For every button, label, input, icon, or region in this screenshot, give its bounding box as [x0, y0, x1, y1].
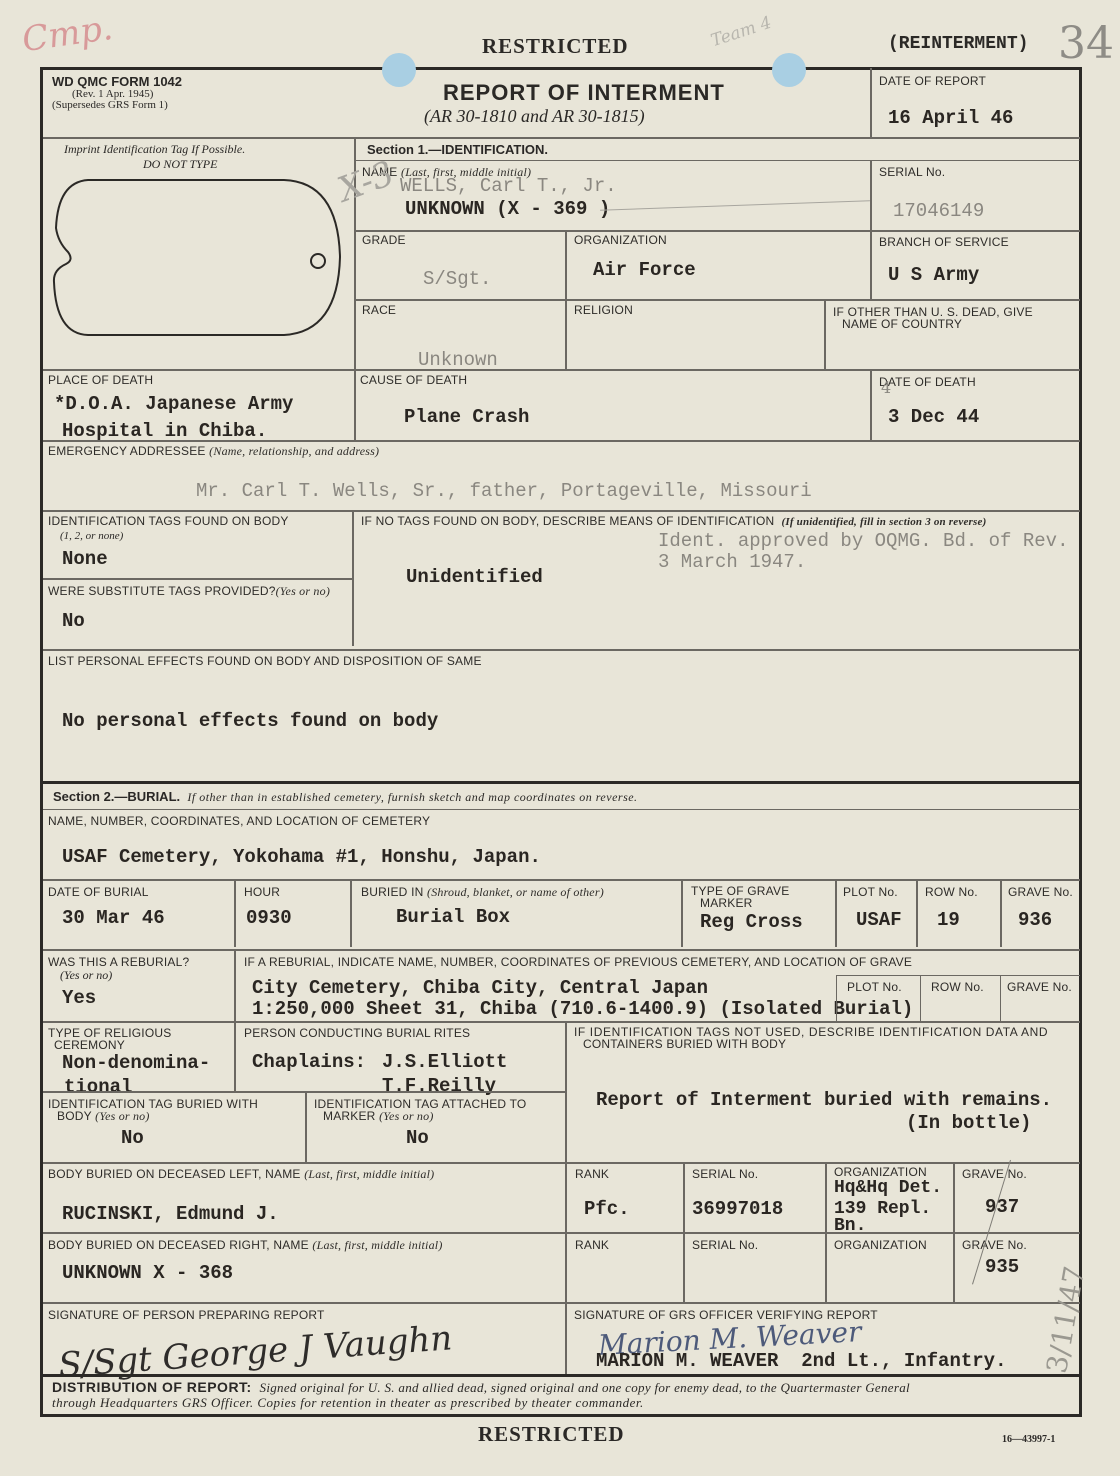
- country-label: IF OTHER THAN U. S. DEAD, GIVENAME OF CO…: [833, 306, 1033, 330]
- punch-hole-left: [382, 53, 416, 87]
- cause-of-death-label: CAUSE OF DEATH: [360, 374, 467, 386]
- reburial-value: Yes: [62, 987, 96, 1009]
- name-struck-value: UNKNOWN (X - 369 ): [405, 198, 610, 220]
- left-grave-value: 937: [985, 1196, 1019, 1218]
- left-grave-label: GRAVE No.: [962, 1168, 1027, 1180]
- reinterment-note: (REINTERMENT): [888, 34, 1028, 54]
- plot-label: PLOT No.: [843, 886, 898, 898]
- date-of-death-correction: 4: [881, 378, 891, 397]
- grave-value: 936: [1018, 909, 1052, 931]
- prev-grave-label: GRAVE No.: [1007, 981, 1072, 993]
- cemetery-value: USAF Cemetery, Yokohama #1, Honshu, Japa…: [62, 846, 541, 868]
- buried-in-value: Burial Box: [396, 906, 510, 928]
- name-value: WELLS, Carl T., Jr.: [400, 175, 617, 197]
- distribution-line2: through Headquarters GRS Officer. Copies…: [52, 1395, 910, 1410]
- classification-bottom: RESTRICTED: [478, 1422, 625, 1447]
- right-grave-label: GRAVE No.: [962, 1239, 1027, 1251]
- section2-title: Section 2.—BURIAL. If other than in esta…: [53, 789, 638, 805]
- imprint-sub: DO NOT TYPE: [143, 157, 217, 172]
- form-title: REPORT OF INTERMENT: [443, 80, 725, 106]
- organization-label: ORGANIZATION: [574, 234, 667, 246]
- form-supersedes: (Supersedes GRS Form 1): [52, 100, 182, 111]
- classification-top: RESTRICTED: [482, 34, 629, 59]
- prev-cemetery-line2: 1:250,000 Sheet 31, Chiba (710.6-1400.9)…: [252, 998, 913, 1020]
- row-label: ROW No.: [925, 886, 978, 898]
- distribution: DISTRIBUTION OF REPORT: Signed original …: [52, 1380, 910, 1410]
- prev-cemetery-label: IF A REBURIAL, INDICATE NAME, NUMBER, CO…: [244, 956, 912, 968]
- prev-plot-label: PLOT No.: [847, 981, 902, 993]
- left-serial-label: SERIAL No.: [692, 1168, 758, 1180]
- marker-value: Reg Cross: [700, 911, 803, 933]
- tags-found-value: None: [62, 548, 108, 570]
- emergency-value: Mr. Carl T. Wells, Sr., father, Portagev…: [196, 480, 812, 502]
- place-of-death-label: PLACE OF DEATH: [48, 374, 153, 386]
- print-code: 16—43997-1: [1002, 1434, 1055, 1445]
- hour-value: 0930: [246, 907, 292, 929]
- row-value: 19: [937, 909, 960, 931]
- left-org-line1: Hq&Hq Det.: [834, 1178, 942, 1198]
- organization-value: Air Force: [593, 259, 696, 281]
- officer-typed-name: MARION M. WEAVER 2nd Lt., Infantry.: [596, 1350, 1006, 1372]
- grade-value: S/Sgt.: [423, 268, 491, 290]
- right-grave-value: 935: [985, 1256, 1019, 1278]
- serial-label: SERIAL No.: [879, 166, 945, 178]
- left-serial-value: 36997018: [692, 1198, 783, 1220]
- effects-label: LIST PERSONAL EFFECTS FOUND ON BODY AND …: [48, 655, 482, 667]
- emergency-label: EMERGENCY ADDRESSEE (Name, relationship,…: [48, 445, 379, 457]
- tag-marker-label: IDENTIFICATION TAG ATTACHED TOMARKER (Ye…: [314, 1098, 526, 1122]
- cause-of-death-value: Plane Crash: [404, 406, 529, 428]
- effects-value: No personal effects found on body: [62, 710, 438, 732]
- rites-prefix: Chaplains:: [252, 1051, 366, 1073]
- rites-label: PERSON CONDUCTING BURIAL RITES: [244, 1027, 470, 1039]
- grade-label: GRADE: [362, 234, 406, 246]
- buried-in-label: BURIED IN (Shroud, blanket, or name of o…: [361, 886, 604, 898]
- form-number: WD QMC FORM 1042: [52, 74, 182, 89]
- substitute-value: No: [62, 610, 85, 632]
- tag-buried-label: IDENTIFICATION TAG BURIED WITHBODY (Yes …: [48, 1098, 258, 1122]
- prev-cemetery-line1: City Cemetery, Chiba City, Central Japan: [252, 977, 708, 999]
- containers-line1: Report of Interment buried with remains.: [596, 1089, 1052, 1111]
- form-id: WD QMC FORM 1042 (Rev. 1 Apr. 1945) (Sup…: [52, 74, 182, 111]
- serial-value: 17046149: [893, 200, 984, 222]
- reburial-label: WAS THIS A REBURIAL?: [48, 956, 189, 968]
- right-org-label: ORGANIZATION: [834, 1239, 927, 1251]
- race-value: Unknown: [418, 349, 498, 371]
- place-of-death-line2: Hospital in Chiba.: [62, 420, 267, 442]
- rites-line1: J.S.Elliott: [382, 1051, 507, 1073]
- means-note-line1: Ident. approved by OQMG. Bd. of Rev.: [658, 530, 1068, 552]
- form-subtitle: (AR 30-1810 and AR 30-1815): [424, 106, 645, 127]
- marker-label: TYPE OF GRAVEMARKER: [691, 885, 789, 909]
- date-of-report-label: DATE OF REPORT: [879, 75, 986, 87]
- preparer-signature-label: SIGNATURE OF PERSON PREPARING REPORT: [48, 1309, 325, 1321]
- place-of-death-line1: *D.O.A. Japanese Army: [54, 393, 293, 415]
- containers-line2: (In bottle): [906, 1112, 1031, 1134]
- punch-hole-right: [772, 53, 806, 87]
- left-org-label: ORGANIZATION: [834, 1166, 927, 1178]
- rites-line2: T.F.Reilly: [382, 1075, 496, 1097]
- annotation-top-right: 34: [1058, 18, 1114, 69]
- imprint-label: Imprint Identification Tag If Possible.: [64, 142, 245, 157]
- annotation-top-left: Cmp.: [20, 8, 116, 60]
- cemetery-label: NAME, NUMBER, COORDINATES, AND LOCATION …: [48, 815, 430, 827]
- branch-label: BRANCH OF SERVICE: [879, 236, 1009, 248]
- means-value: Unidentified: [406, 566, 543, 588]
- tags-found-hint: (1, 2, or none): [60, 530, 123, 542]
- right-rank-label: RANK: [575, 1239, 609, 1251]
- date-of-burial-label: DATE OF BURIAL: [48, 886, 149, 898]
- means-note-line2: 3 March 1947.: [658, 551, 806, 573]
- tag-buried-value: No: [121, 1127, 144, 1149]
- section1-title: Section 1.—IDENTIFICATION.: [367, 142, 548, 157]
- ceremony-label: TYPE OF RELIGIOUSCEREMONY: [48, 1027, 171, 1051]
- left-rank-value: Pfc.: [584, 1198, 630, 1220]
- means-label: IF NO TAGS FOUND ON BODY, DESCRIBE MEANS…: [361, 515, 986, 528]
- tags-found-label: IDENTIFICATION TAGS FOUND ON BODY: [48, 515, 289, 527]
- right-body-label: BODY BURIED ON DECEASED RIGHT, NAME (Las…: [48, 1239, 443, 1251]
- religion-label: RELIGION: [574, 304, 633, 316]
- right-serial-label: SERIAL No.: [692, 1239, 758, 1251]
- right-body-name: UNKNOWN X - 368: [62, 1262, 233, 1284]
- race-label: RACE: [362, 304, 396, 316]
- hour-label: HOUR: [244, 886, 280, 898]
- containers-label: IF IDENTIFICATION TAGS NOT USED, DESCRIB…: [574, 1026, 1048, 1050]
- dog-tag-outline: [48, 172, 348, 344]
- left-body-label: BODY BURIED ON DECEASED LEFT, NAME (Last…: [48, 1168, 434, 1180]
- ceremony-line1: Non-denomina-: [62, 1052, 210, 1074]
- ceremony-line2: tional: [64, 1076, 132, 1098]
- plot-value: USAF: [856, 909, 902, 931]
- prev-row-label: ROW No.: [931, 981, 984, 993]
- date-of-death-value: 3 Dec 44: [888, 406, 979, 428]
- date-of-death-label: DATE OF DEATH: [879, 376, 976, 388]
- branch-value: U S Army: [888, 264, 979, 286]
- grave-label: GRAVE No.: [1008, 886, 1073, 898]
- date-of-burial-value: 30 Mar 46: [62, 907, 165, 929]
- substitute-label: WERE SUBSTITUTE TAGS PROVIDED?(Yes or no…: [48, 585, 330, 597]
- tag-marker-value: No: [406, 1127, 429, 1149]
- annotation-top-center: Team 4: [708, 13, 774, 51]
- reburial-hint: (Yes or no): [60, 968, 112, 983]
- distribution-line1: Signed original for U. S. and allied dea…: [260, 1380, 910, 1395]
- left-body-name: RUCINSKI, Edmund J.: [62, 1203, 279, 1225]
- distribution-label: DISTRIBUTION OF REPORT:: [52, 1379, 252, 1395]
- left-rank-label: RANK: [575, 1168, 609, 1180]
- date-of-report-value: 16 April 46: [888, 107, 1013, 129]
